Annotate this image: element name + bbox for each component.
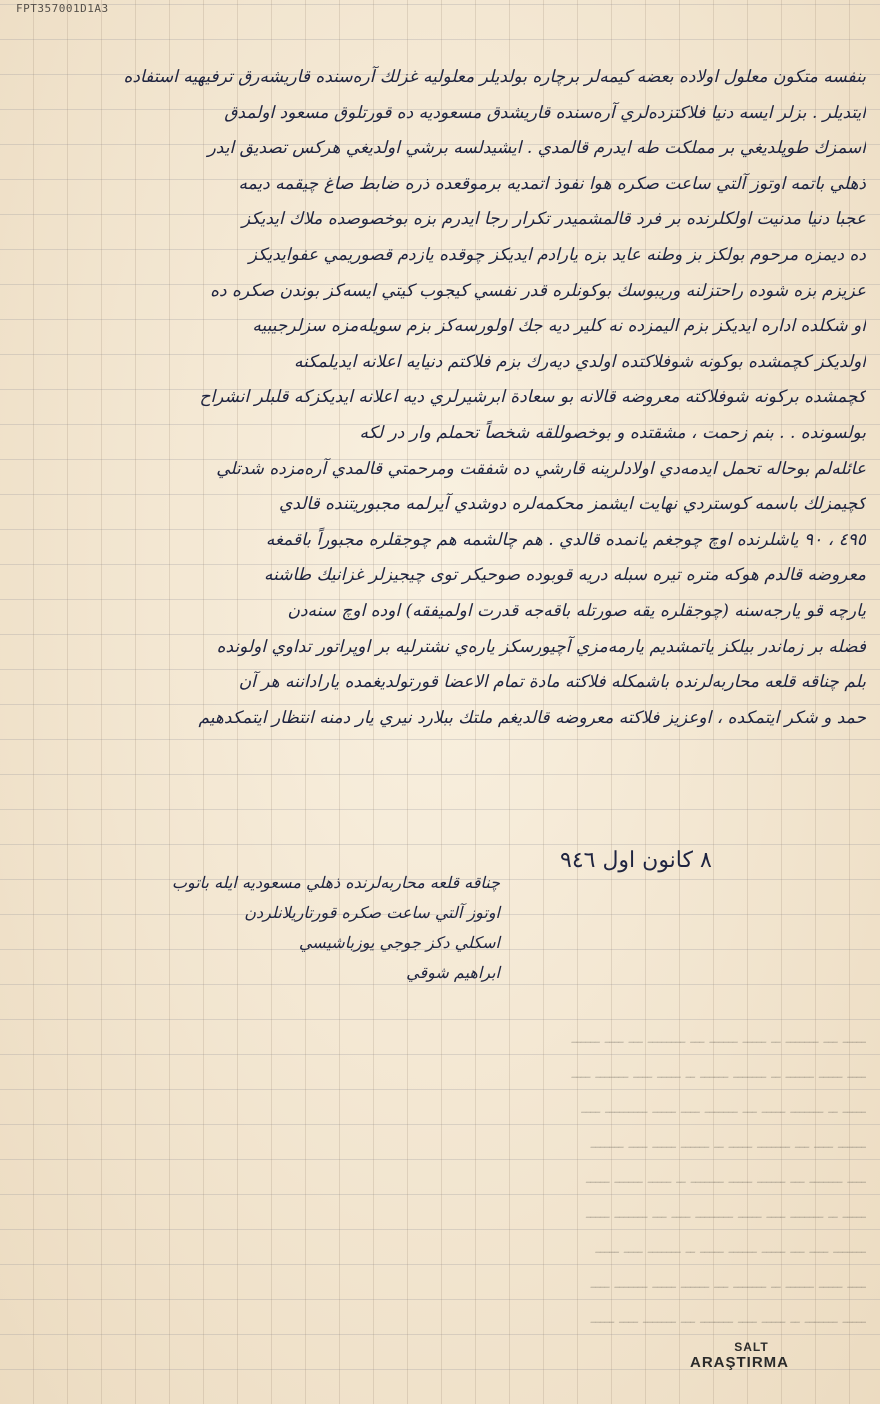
body-line: عجبا دنيا مدنيت اولكلرنده بر فرد قالمشمي… — [14, 202, 866, 238]
signature-line: اوتوز آلتي ساعت صكره قورتاريلانلردن — [20, 898, 500, 928]
body-line: ذهلي باتمه اوتوز آلتي ساعت صكره هوا نفوذ… — [14, 167, 866, 203]
stamp-line-1: SALT — [714, 1340, 789, 1354]
body-line: يارچه قو يارجه‌سنه (چوجقلره يقه صورتله ب… — [14, 594, 866, 630]
body-line: كچيمزلك باسمه كوستردي نهايت ايشمز محكمه‌… — [14, 487, 866, 523]
body-line: اولديكز كچمشده بوكونه شوفلاكتده اولدي دي… — [14, 345, 866, 381]
body-line: بلم چناقه قلعه محاربه‌لرنده باشمكله فلاك… — [14, 665, 866, 701]
body-line: بنفسه متكون معلول اولاده بعضه كيمه‌لر بر… — [14, 60, 866, 96]
body-line: او شكلده اداره ايديكز بزم اليمزده نه كلي… — [14, 309, 866, 345]
signature-name: ابراهيم شوقي — [20, 958, 500, 988]
signature-line: چناقه قلعه محاربه‌لرنده ذهلي مسعوديه ايل… — [20, 868, 500, 898]
body-line: اسمزك طوپلديغي بر مملكت طه ايدرم قالمدي … — [14, 131, 866, 167]
body-line: ٤٩٥ ، ٩٠ ياشلرنده اوچ چوجغم يانمده قالدي… — [14, 523, 866, 559]
letter-body: بنفسه متكون معلول اولاده بعضه كيمه‌لر بر… — [14, 60, 866, 736]
document-page: FPT357001D1A3 بنفسه متكون معلول اولاده ب… — [0, 0, 880, 1404]
body-line: فضله بر زماندر بيلكز ياتمشديم يارمه‌مزي … — [14, 630, 866, 666]
body-line: بولسونده . . بنم زحمت ، مشقتده و بوخصولل… — [14, 416, 866, 452]
archive-stamp: SALT ARAŞTIRMA — [690, 1340, 789, 1371]
bleed-through-text: ـــــ ـــ ـــــــ ــ ـــــ ــــــ ـــ ــ… — [14, 1020, 866, 1335]
body-line: ده ديمزه مرحوم بولكز بز وطنه عايد بزه يا… — [14, 238, 866, 274]
body-line: حمد و شكر ايتمكده ، اوعزيز فلاكته معروضه… — [14, 701, 866, 737]
body-line: كچمشده بركونه شوفلاكته معروضه قالانه بو … — [14, 380, 866, 416]
signature-block: چناقه قلعه محاربه‌لرنده ذهلي مسعوديه ايل… — [20, 868, 500, 988]
signature-line: اسكلي دكز جوجي يوزباشيسي — [20, 928, 500, 958]
body-line: معروضه قالدم هوكه متره تيره سبله دريه قو… — [14, 558, 866, 594]
body-line: ايتديلر . بزلر ايسه دنيا فلاكتزده‌لري آر… — [14, 96, 866, 132]
body-line: عائله‌لم بوحاله تحمل ايدمه‌دي اولادلرينه… — [14, 452, 866, 488]
stamp-line-2: ARAŞTIRMA — [690, 1354, 789, 1371]
archive-id: FPT357001D1A3 — [16, 2, 109, 15]
body-line: عزيزم بزه شوده راحتزلنه وريبوسك بوكونلره… — [14, 274, 866, 310]
letter-date: ٨ كانون اول ٩٤٦ — [560, 848, 712, 873]
